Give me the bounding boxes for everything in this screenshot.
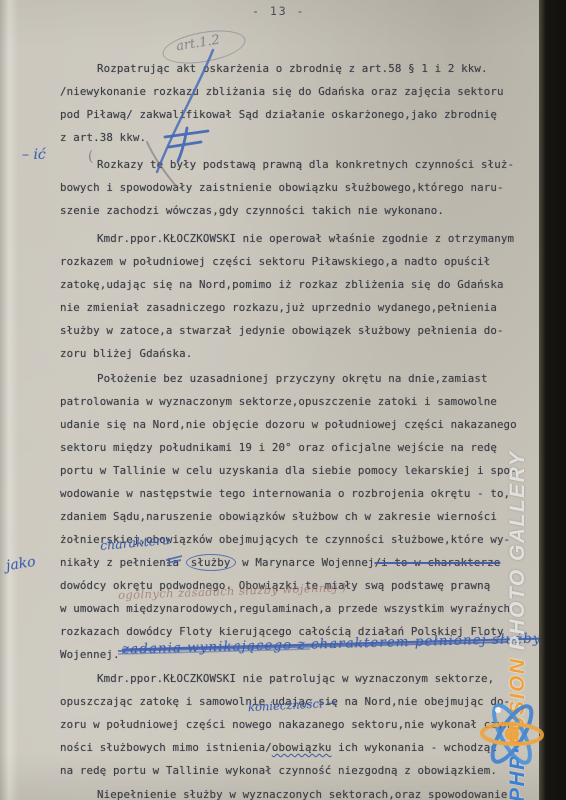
typed-line: zdaniem Sądu,naruszenie obowiązków służb… <box>60 505 530 528</box>
paragraph-1: Rozpatrując akt oskarżenia o zbrodnię z … <box>60 57 530 149</box>
circled-word-sluzby: służby <box>186 554 236 571</box>
watermark-gallery: PHOTO GALLERY <box>506 451 529 658</box>
typed-line: zoru bliżej Gdańska. <box>60 342 530 365</box>
typed-line: Niepełnienie służby w wyznaczonych sekto… <box>60 783 530 800</box>
typed-line: Kmdr.ppor.KŁOCZKOWSKI nie patrolując w w… <box>60 667 530 690</box>
scanned-document-page: - 13 - Rozpatrując akt oskarżenia o zbro… <box>0 0 566 800</box>
typed-line: nie zmieniał zasadniczego rozkazu,już up… <box>60 296 530 319</box>
typed-line: portu w Tallinie w celu uzyskania dla si… <box>60 459 530 482</box>
typed-line: z art.38 kkw. <box>60 126 530 149</box>
typed-line: /niewykonanie rozkazu zbliżania się do G… <box>60 80 530 103</box>
paragraph-3: Kmdr.ppor.KŁOCZKOWSKI nie operował właśn… <box>60 227 530 365</box>
typed-line: Rozkazy te były podstawą prawną dla konk… <box>60 153 530 176</box>
struck-typed-fragment: /i to w charakterze <box>375 556 501 569</box>
typed-line: zatokę,udając się na Nord,pomimo iż rozk… <box>60 273 530 296</box>
typed-line: szenie zachodzi wówczas,gdy czynności ta… <box>60 199 530 222</box>
typed-line: zoru w południowej części nowego nakazan… <box>60 713 530 736</box>
margin-note-jako: jako <box>5 554 37 574</box>
typed-fragment: nikały z pełnienia <box>60 556 186 569</box>
paragraph-5: Kmdr.ppor.KŁOCZKOWSKI nie patrolując w w… <box>60 667 530 782</box>
paragraph-2: Rozkazy te były podstawą prawną dla konk… <box>60 153 530 222</box>
typed-line: służby w zatoce,a stwarzał jedynie obowi… <box>60 319 530 342</box>
typed-line-annotated: nikały z pełnienia służby w Marynarce Wo… <box>60 551 530 574</box>
typed-fragment: ności służbowych mimo istnienia/ <box>60 741 272 754</box>
wavy-underlined-word: obowiązku <box>272 741 332 754</box>
typed-line: Położenie bez uzasadnionej przyczyny okr… <box>60 367 530 390</box>
typed-line: na redę portu w Tallinie wykonał czynnoś… <box>60 759 530 782</box>
paper-crease <box>0 0 20 800</box>
paragraph-6: Niepełnienie służby w wyznaczonych sekto… <box>60 783 530 800</box>
typed-line: Kmdr.ppor.KŁOCZKOWSKI nie operował właśn… <box>60 227 530 250</box>
scan-black-edge <box>539 0 566 800</box>
typed-line: patrolowania w wyznaczonym sektorze,opus… <box>60 390 530 413</box>
paragraph-4: Położenie bez uzasadnionej przyczyny okr… <box>60 367 530 666</box>
typed-line: bowych i spowodowały zaistnienie obowiąz… <box>60 176 530 199</box>
typed-line: udanie się na Nord,nie objęcie dozoru w … <box>60 413 530 436</box>
atom-logo-icon <box>468 686 556 782</box>
typed-fragment: w Marynarce Wojennej <box>236 556 375 569</box>
typed-line: Rozpatrując akt oskarżenia o zbrodnię z … <box>60 57 530 80</box>
margin-note-dash: – ić <box>22 147 46 163</box>
typed-line: rozkazem w południowej części sektoru Pi… <box>60 250 530 273</box>
typed-line: pod Piławą/ zakwalifikował Sąd działanie… <box>60 103 530 126</box>
typed-line: wodowanie w następstwie tego internowani… <box>60 482 530 505</box>
page-number: - 13 - <box>252 4 306 18</box>
typed-line-annotated: ności służbowych mimo istnienia/obowiązk… <box>60 736 530 759</box>
typed-line: sektoru między południkami 19 i 20° oraz… <box>60 436 530 459</box>
